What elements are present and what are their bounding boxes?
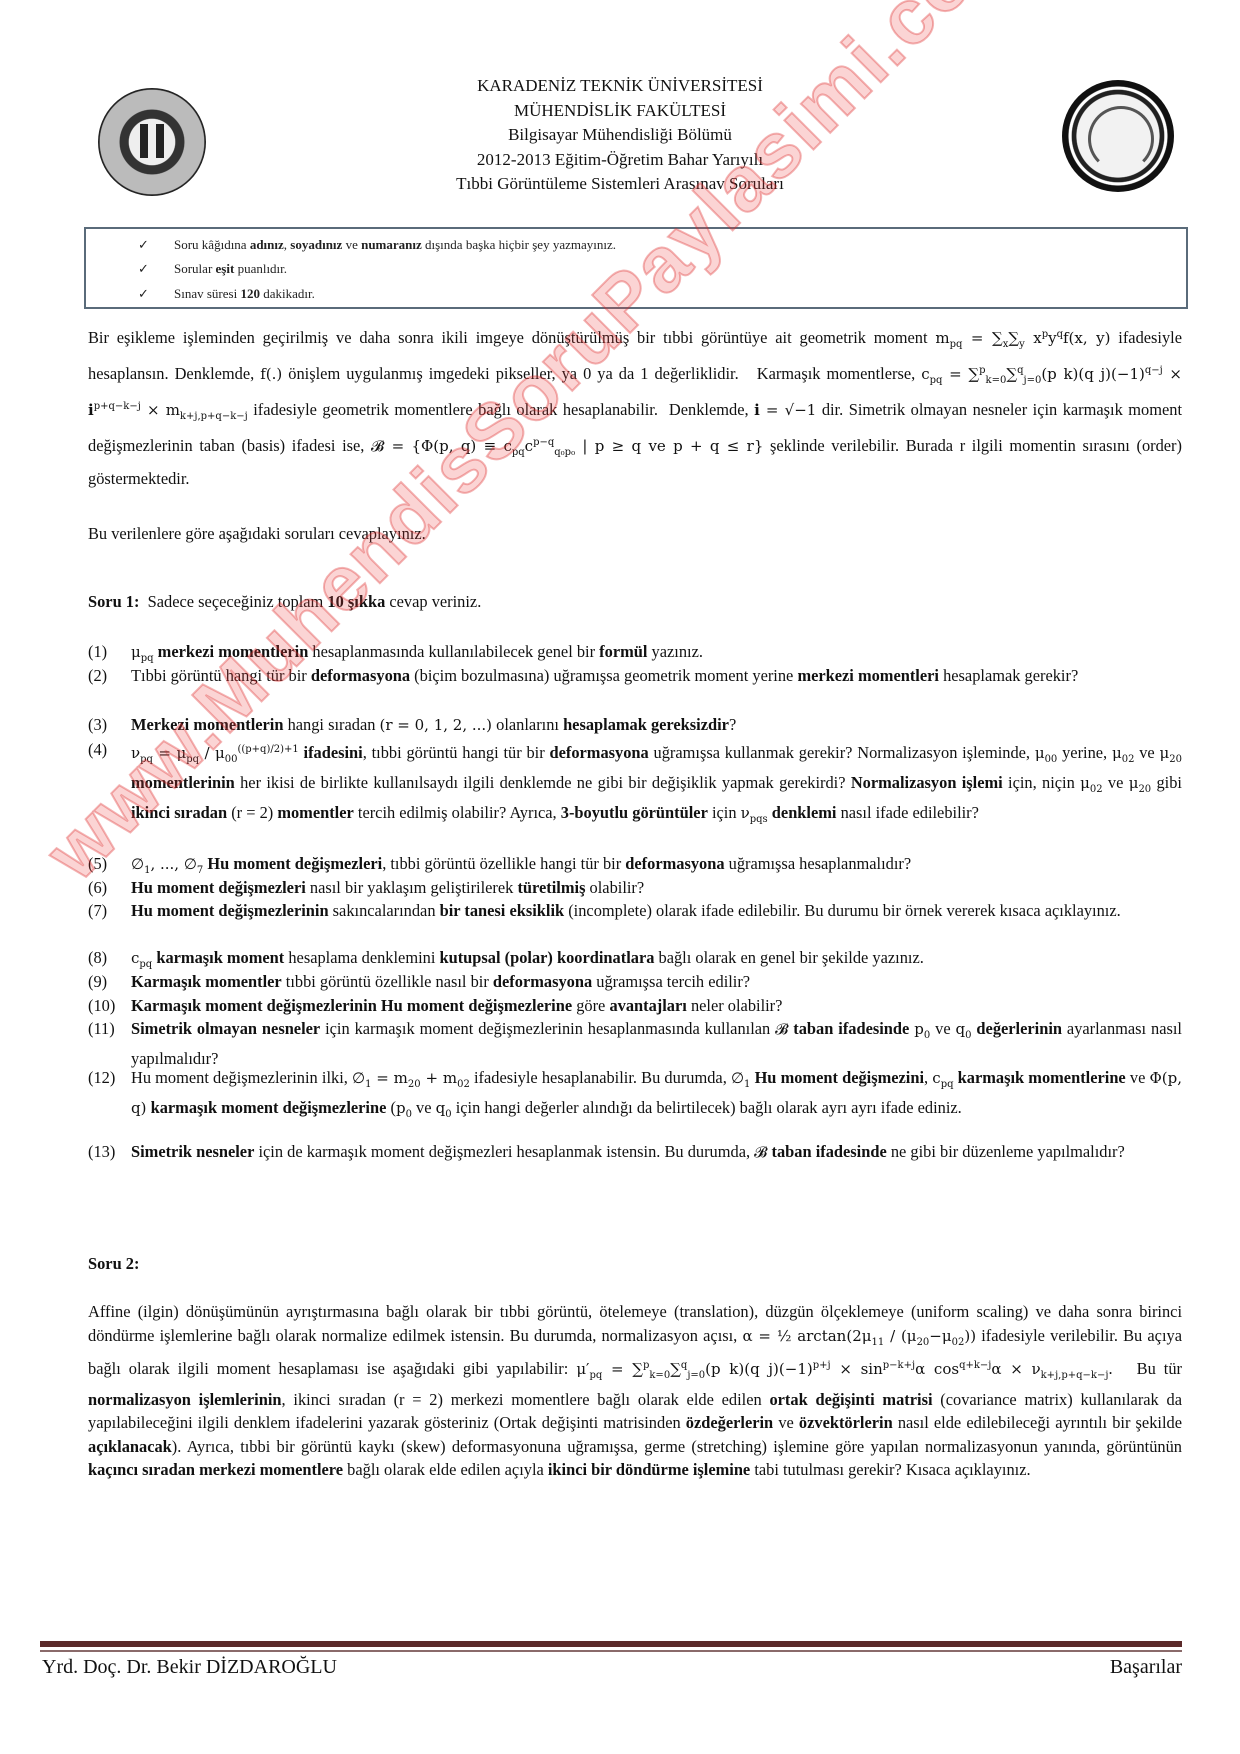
instruction: Bu verilenlere göre aşağıdaki soruları c… [88, 522, 1182, 545]
university-name: KARADENİZ TEKNİK ÜNİVERSİTESİ [300, 74, 940, 99]
check-icon: ✓ [138, 261, 149, 277]
question-number: (12) [88, 1066, 115, 1089]
question-item: (10)Karmaşık moment değişmezlerinin Hu m… [88, 994, 1182, 1017]
question-1-heading: Soru 1: Sadece seçeceğiniz toplam 10 şık… [88, 590, 1182, 613]
question-2-title: Soru 2: [88, 1254, 139, 1273]
notice-box: ✓ Soru kâğıdına adınız, soyadınız ve num… [84, 227, 1188, 309]
question-number: (1) [88, 640, 107, 663]
question-item: (3)Merkezi momentlerin hangi sıradan (r … [88, 713, 1182, 737]
question-1-subtitle: Sadece seçeceğiniz toplam 10 şıkka cevap… [148, 592, 482, 611]
question-text: Hu moment değişmezlerinin sakıncalarında… [131, 899, 1182, 922]
question-text: Hu moment değişmezleri nasıl bir yaklaşı… [131, 876, 1182, 899]
question-number: (4) [88, 738, 107, 761]
department-name: Bilgisayar Mühendisliği Bölümü [300, 123, 940, 148]
question-text: Merkezi momentlerin hangi sıradan (r = 0… [131, 713, 1182, 737]
footer-closing: Başarılar [1110, 1656, 1182, 1679]
question-text: νpq = μpq / μ00((p+q)/2)+1 ifadesini, tı… [131, 738, 1182, 831]
check-icon: ✓ [138, 237, 149, 253]
question-item: (2)Tıbbi görüntü hangi tür bir deformasy… [88, 664, 1182, 687]
question-number: (5) [88, 852, 107, 875]
faculty-name: MÜHENDİSLİK FAKÜLTESİ [300, 99, 940, 124]
question-2-heading: Soru 2: [88, 1252, 1182, 1275]
question-number: (3) [88, 713, 107, 736]
question-item: (9)Karmaşık momentler tıbbi görüntü özel… [88, 970, 1182, 993]
question-text: Simetrik nesneler için de karmaşık momen… [131, 1140, 1182, 1164]
intro-paragraph: Bir eşikleme işleminden geçirilmiş ve da… [88, 322, 1182, 492]
check-icon: ✓ [138, 286, 149, 302]
question-number: (11) [88, 1017, 115, 1040]
question-2-body: Affine (ilgin) dönüşümünün ayrıştırmasın… [88, 1300, 1182, 1482]
question-number: (9) [88, 970, 107, 993]
question-1-title: Soru 1: [88, 592, 139, 611]
question-number: (7) [88, 899, 107, 922]
question-item: (7)Hu moment değişmezlerinin sakıncaları… [88, 899, 1182, 922]
question-number: (2) [88, 664, 107, 687]
exam-title: Tıbbi Görüntüleme Sistemleri Arasınav So… [300, 172, 940, 197]
question-item: (13)Simetrik nesneler için de karmaşık m… [88, 1140, 1182, 1164]
question-number: (10) [88, 994, 115, 1017]
question-item: (12)Hu moment değişmezlerinin ilki, ∅1 =… [88, 1066, 1182, 1126]
question-text: Karmaşık moment değişmezlerinin Hu momen… [131, 994, 1182, 1017]
department-logo [1062, 80, 1174, 192]
question-text: Karmaşık momentler tıbbi görüntü özellik… [131, 970, 1182, 993]
question-text: Hu moment değişmezlerinin ilki, ∅1 = m20… [131, 1066, 1182, 1126]
question-item: (6)Hu moment değişmezleri nasıl bir yakl… [88, 876, 1182, 899]
question-number: (8) [88, 946, 107, 969]
university-logo [98, 88, 206, 196]
exam-header: KARADENİZ TEKNİK ÜNİVERSİTESİ MÜHENDİSLİ… [300, 74, 940, 197]
footer-divider [40, 1641, 1182, 1647]
footer-author: Yrd. Doç. Dr. Bekir DİZDAROĞLU [42, 1656, 337, 1679]
term: 2012-2013 Eğitim-Öğretim Bahar Yarıyılı [300, 148, 940, 173]
question-item: (4)νpq = μpq / μ00((p+q)/2)+1 ifadesini,… [88, 738, 1182, 831]
question-text: Tıbbi görüntü hangi tür bir deformasyona… [131, 664, 1182, 687]
question-number: (13) [88, 1140, 115, 1163]
question-item: (11)Simetrik olmayan nesneler için karma… [88, 1017, 1182, 1070]
question-text: Simetrik olmayan nesneler için karmaşık … [131, 1017, 1182, 1070]
footer-divider-thin [40, 1650, 1182, 1652]
question-number: (6) [88, 876, 107, 899]
